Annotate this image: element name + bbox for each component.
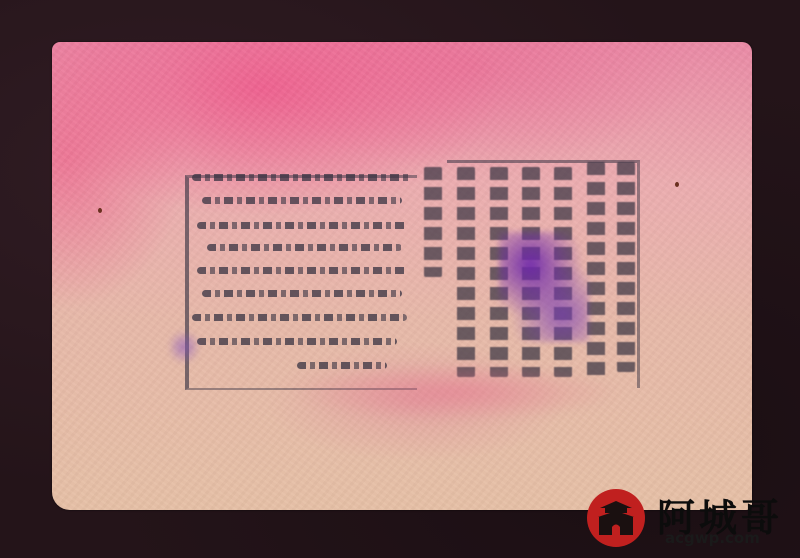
rust-spot [98, 208, 102, 213]
chinese-column [587, 162, 605, 377]
script-line [202, 197, 402, 204]
pink-seal-stain [292, 362, 622, 422]
chinese-column [424, 167, 442, 277]
watermark-url: acgwp.com [665, 529, 760, 547]
banknote [52, 42, 752, 510]
gate-tower-icon [587, 489, 645, 547]
arabic-script-frame [185, 175, 417, 390]
script-line [197, 267, 407, 274]
watermark: 阿城哥 acgwp.com [585, 487, 795, 553]
purple-seal-stain [499, 232, 589, 342]
script-line [197, 222, 407, 229]
chinese-column [457, 167, 475, 377]
script-line [202, 290, 402, 297]
script-line [192, 314, 407, 321]
chinese-column [617, 162, 635, 372]
rust-spot [675, 182, 679, 187]
script-line [207, 244, 402, 251]
script-line [192, 174, 412, 181]
purple-edge-stain [170, 327, 198, 367]
script-line [197, 338, 397, 345]
